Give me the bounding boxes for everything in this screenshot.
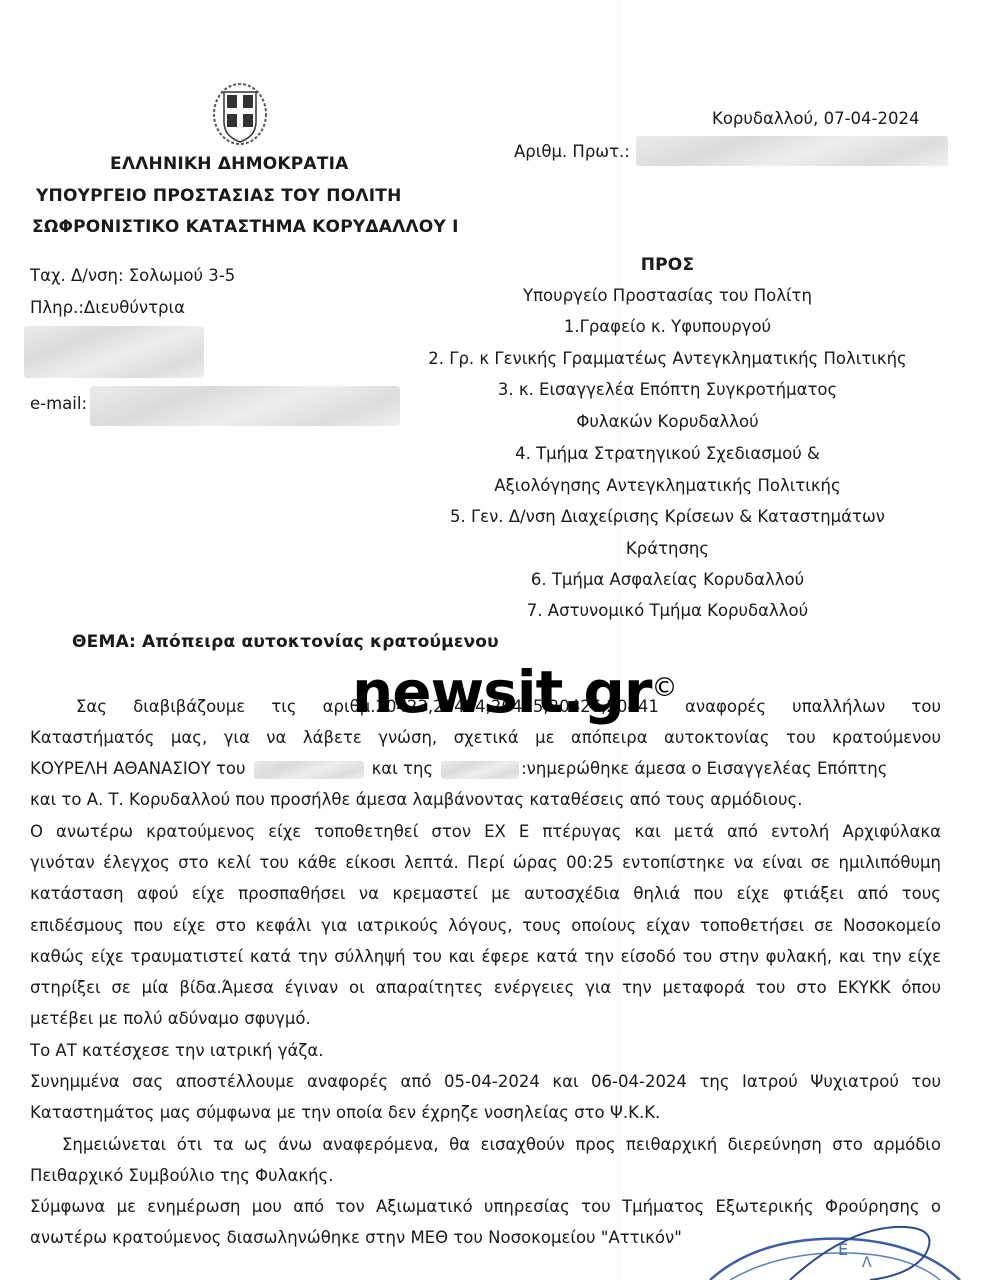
body-line: Ο ανωτέρω κρατούμενος είχε τοποθετηθεί σ… — [30, 821, 941, 843]
recipient-line: Φυλακών Κορυδαλλού — [400, 412, 935, 431]
recipient-line: 6. Τμήμα Ασφαλείας Κορυδαλλού — [400, 570, 935, 589]
recipient-line: 4. Τμήμα Στρατηγικού Σχεδιασμού & — [400, 444, 935, 463]
recipient-line: 3. κ. Εισαγγελέα Επόπτη Συγκροτήματος — [400, 380, 935, 399]
redacted-mother-name — [441, 761, 519, 779]
org-line-republic: ΕΛΛΗΝΙΚΗ ΔΗΜΟΚΡΑΤΙΑ — [110, 154, 348, 174]
body-text: :νημερώθηκε άμεσα ο Εισαγγελέας Επόπτης — [521, 759, 887, 778]
recipient-line: Αξιολόγησης Αντεγκληματικής Πολιτικής — [400, 476, 935, 495]
body-line: Το ΑΤ κατέσχεσε την ιατρική γάζα. — [30, 1040, 941, 1062]
body-line: Καταστήματός μας, για να λάβετε γνώση, σ… — [30, 727, 941, 749]
body-line: Σημειώνεται ότι τα ως άνω αναφερόμενα, θ… — [62, 1134, 941, 1156]
redacted-email — [90, 386, 400, 426]
body-line: Σύμφωνα με ενημέρωση μου από τον Αξιωματ… — [30, 1196, 941, 1218]
org-line-prison: ΣΩΦΡΟΝΙΣΤΙΚΟ ΚΑΤΑΣΤΗΜΑ ΚΟΡΥΔΑΛΛΟΥ Ι — [32, 217, 459, 237]
redacted-protocol-number — [636, 136, 948, 166]
body-line: κατάσταση αφού είχε προσπαθήσει να κρεμα… — [30, 883, 941, 905]
body-line: στηρίξει σε μία βίδα.Άμεσα έγιναν οι απα… — [30, 977, 941, 999]
official-stamp-icon: E Λ — [690, 1225, 993, 1280]
body-line: Συνημμένα σας αποστέλλουμε αναφορές από … — [30, 1071, 941, 1093]
newsit-watermark: newsit.gr© — [352, 662, 677, 722]
svg-text:Λ: Λ — [862, 1255, 872, 1271]
email-label: e-mail: — [30, 394, 87, 413]
body-line: Καταστημάτος μας σύμφωνα με την οποία δε… — [30, 1102, 941, 1124]
greek-coat-of-arms-icon — [212, 82, 268, 150]
recipient-line: 1.Γραφείο κ. Υφυπουργού — [400, 317, 935, 336]
subject-line: ΘΕΜΑ: Απόπειρα αυτοκτονίας κρατούμενου — [72, 632, 499, 652]
body-line: καθώς είχε τραυματιστεί κατά την σύλληψή… — [30, 946, 941, 968]
detainee-name: ΚΟΥΡΕΛΗ ΑΘΑΝΑΣΙΟΥ του — [30, 759, 246, 778]
body-text: και της — [372, 759, 434, 778]
recipient-line: Υπουργείο Προστασίας του Πολίτη — [400, 286, 935, 305]
body-line: ΚΟΥΡΕΛΗ ΑΘΑΝΑΣΙΟΥ τουκαι της:νημερώθηκε … — [30, 758, 941, 780]
body-line: Πειθαρχικό Συμβούλιο της Φυλακής. — [30, 1165, 941, 1187]
recipients-title: ΠΡΟΣ — [400, 255, 935, 275]
recipient-line: 7. Αστυνομικό Τμήμα Κορυδαλλού — [400, 601, 935, 620]
place-date: Κορυδαλλού, 07-04-2024 — [712, 109, 919, 128]
protocol-label: Αριθμ. Πρωτ.: — [514, 142, 630, 161]
svg-text:E: E — [838, 1240, 848, 1259]
redacted-father-name — [254, 761, 364, 779]
body-line: και το Α. Τ. Κορυδαλλού που προσήλθε άμε… — [30, 789, 941, 811]
body-line: μετέβει με πολύ αδύναμο σφυγμό. — [30, 1008, 941, 1030]
recipient-line: 2. Γρ. κ Γενικής Γραμματέως Αντεγκληματι… — [400, 349, 935, 368]
org-line-ministry: ΥΠΟΥΡΓΕΙΟ ΠΡΟΣΤΑΣΙΑΣ ΤΟΥ ΠΟΛΙΤΗ — [36, 186, 402, 206]
body-line: επιδέσμους που είχε στο κεφάλι για ιατρι… — [30, 915, 941, 937]
recipient-line: Κράτησης — [400, 539, 935, 558]
body-line: γινόταν έλεγχος στο κελί του κάθε είκοσι… — [30, 852, 941, 874]
info-label: Πληρ.:Διευθύντρια — [30, 298, 185, 317]
recipient-line: 5. Γεν. Δ/νση Διαχείρισης Κρίσεων & Κατα… — [400, 507, 935, 526]
address-label: Ταχ. Δ/νση: Σολωμού 3-5 — [30, 266, 235, 285]
redacted-contact-info — [24, 326, 204, 378]
